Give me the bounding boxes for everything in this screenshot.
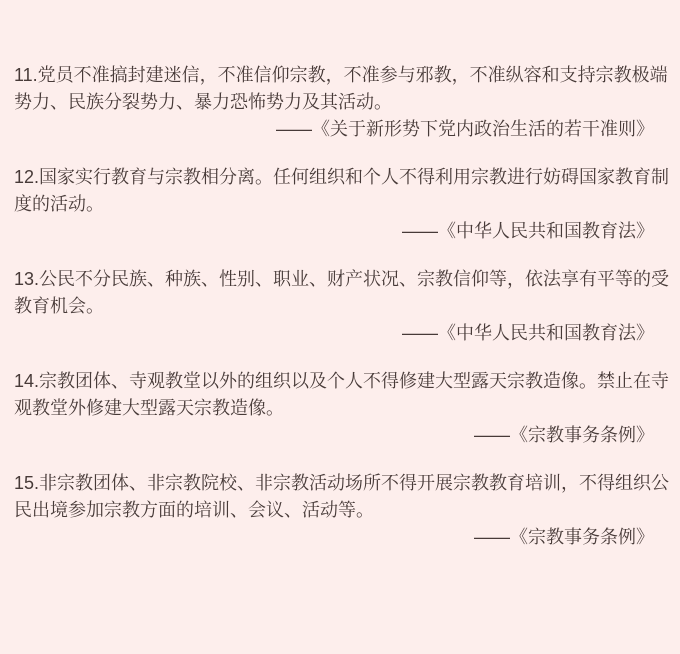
rule-source-citation: ——《中华人民共和国教育法》	[14, 218, 654, 245]
rule-text-line: 势力、民族分裂势力、暴力恐怖势力及其活动。	[14, 89, 654, 116]
rule-text-line: 14.宗教团体、寺观教堂以外的组织以及个人不得修建大型露天宗教造像。禁止在寺	[14, 368, 654, 395]
rule-item-13: 13.公民不分民族、种族、性别、职业、财产状况、宗教信仰等，依法享有平等的受 教…	[14, 266, 654, 347]
rule-text-line: 12.国家实行教育与宗教相分离。任何组织和个人不得利用宗教进行妨碍国家教育制	[14, 164, 654, 191]
rule-item-11: 11.党员不准搞封建迷信，不准信仰宗教，不准参与邪教，不准纵容和支持宗教极端 势…	[14, 62, 654, 143]
rule-source-citation: ——《宗教事务条例》	[14, 524, 654, 551]
rule-source-citation: ——《中华人民共和国教育法》	[14, 320, 654, 347]
rule-text-line: 度的活动。	[14, 191, 654, 218]
rule-text-line: 观教堂外修建大型露天宗教造像。	[14, 395, 654, 422]
rule-source-citation: ——《宗教事务条例》	[14, 422, 654, 449]
rule-text-line: 13.公民不分民族、种族、性别、职业、财产状况、宗教信仰等，依法享有平等的受	[14, 266, 654, 293]
rule-text-line: 11.党员不准搞封建迷信，不准信仰宗教，不准参与邪教，不准纵容和支持宗教极端	[14, 62, 654, 89]
rule-text-line: 教育机会。	[14, 293, 654, 320]
rule-source-citation: ——《关于新形势下党内政治生活的若干准则》	[14, 116, 654, 143]
rule-item-15: 15.非宗教团体、非宗教院校、非宗教活动场所不得开展宗教教育培训，不得组织公 民…	[14, 470, 654, 551]
rules-document-page: 11.党员不准搞封建迷信，不准信仰宗教，不准参与邪教，不准纵容和支持宗教极端 势…	[0, 0, 680, 551]
rule-item-12: 12.国家实行教育与宗教相分离。任何组织和个人不得利用宗教进行妨碍国家教育制 度…	[14, 164, 654, 245]
rule-text-line: 15.非宗教团体、非宗教院校、非宗教活动场所不得开展宗教教育培训，不得组织公	[14, 470, 654, 497]
rule-text-line: 民出境参加宗教方面的培训、会议、活动等。	[14, 497, 654, 524]
rule-item-14: 14.宗教团体、寺观教堂以外的组织以及个人不得修建大型露天宗教造像。禁止在寺 观…	[14, 368, 654, 449]
